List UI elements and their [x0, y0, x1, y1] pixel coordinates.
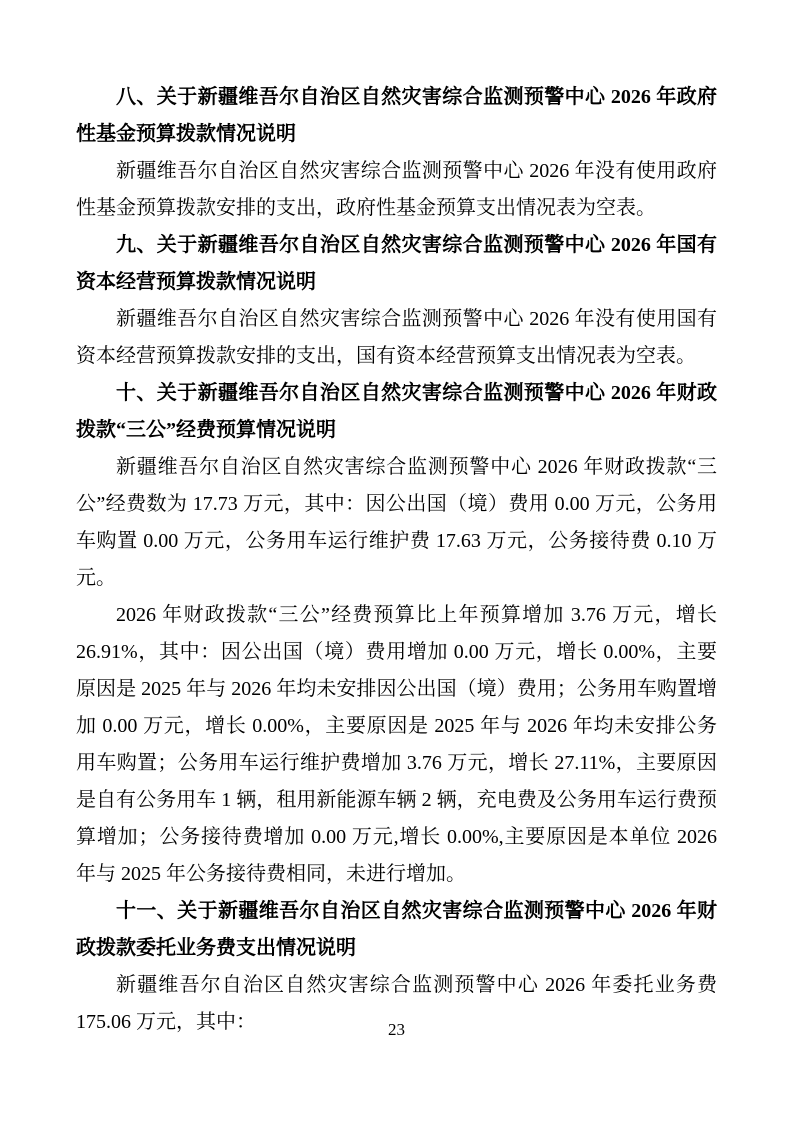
section-10-paragraph-1: 新疆维吾尔自治区自然灾害综合监测预警中心 2026 年财政拨款“三公”经费数为 …: [76, 449, 717, 597]
document-page: 八、关于新疆维吾尔自治区自然灾害综合监测预警中心 2026 年政府性基金预算拨款…: [0, 0, 793, 1122]
section-9-heading: 九、关于新疆维吾尔自治区自然灾害综合监测预警中心 2026 年国有资本经营预算拨…: [76, 227, 717, 301]
page-number: 23: [0, 1018, 793, 1042]
section-10-three-public-expenses: 十、关于新疆维吾尔自治区自然灾害综合监测预警中心 2026 年财政拨款“三公”经…: [76, 375, 717, 893]
section-10-heading: 十、关于新疆维吾尔自治区自然灾害综合监测预警中心 2026 年财政拨款“三公”经…: [76, 375, 717, 449]
section-11-heading: 十一、关于新疆维吾尔自治区自然灾害综合监测预警中心 2026 年财政拨款委托业务…: [76, 893, 717, 967]
section-10-paragraph-2: 2026 年财政拨款“三公”经费预算比上年预算增加 3.76 万元，增长 26.…: [76, 597, 717, 893]
section-8-paragraph: 新疆维吾尔自治区自然灾害综合监测预警中心 2026 年没有使用政府性基金预算拨款…: [76, 153, 717, 227]
section-8-gov-fund-budget: 八、关于新疆维吾尔自治区自然灾害综合监测预警中心 2026 年政府性基金预算拨款…: [76, 79, 717, 227]
section-9-state-capital-budget: 九、关于新疆维吾尔自治区自然灾害综合监测预警中心 2026 年国有资本经营预算拨…: [76, 227, 717, 375]
section-8-heading: 八、关于新疆维吾尔自治区自然灾害综合监测预警中心 2026 年政府性基金预算拨款…: [76, 79, 717, 153]
section-9-paragraph: 新疆维吾尔自治区自然灾害综合监测预警中心 2026 年没有使用国有资本经营预算拨…: [76, 301, 717, 375]
